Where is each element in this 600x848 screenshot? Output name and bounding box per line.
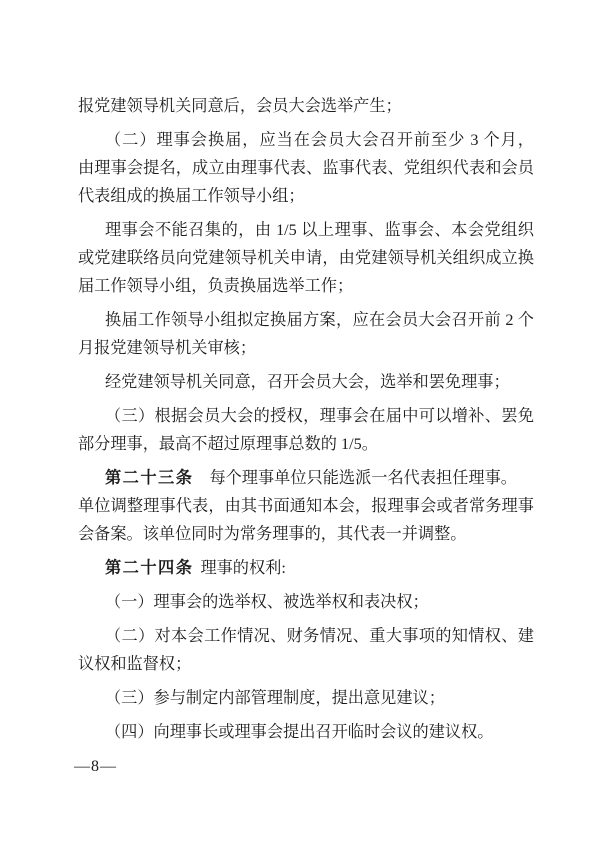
page-number: —8— bbox=[74, 758, 117, 775]
text-line: 单位调整理事代表，由其书面通知本会，报理事会或者常务理事 bbox=[78, 492, 534, 520]
text-line: 报党建领导机关同意后，会员大会选举产生； bbox=[78, 92, 534, 120]
text-line: 理事会不能召集的，由 1/5 以上理事、监事会、本会党组织 bbox=[78, 216, 534, 244]
text-line: 由理事会提名，成立由理事代表、监事代表、党组织代表和会员 bbox=[78, 154, 534, 182]
article-23-heading-line: 第二十三条每个理事单位只能选派一名代表担任理事。 bbox=[78, 464, 534, 492]
text-line: 换届工作领导小组拟定换届方案，应在会员大会召开前 2 个 bbox=[78, 306, 534, 334]
text-line: （二）理事会换届，应当在会员大会召开前至少 3 个月， bbox=[78, 126, 534, 154]
article-23-text: 每个理事单位只能选派一名代表担任理事。 bbox=[209, 469, 517, 487]
text-line: 经党建领导机关同意，召开会员大会，选举和罢免理事； bbox=[78, 368, 534, 396]
document-page: 报党建领导机关同意后，会员大会选举产生； （二）理事会换届，应当在会员大会召开前… bbox=[0, 0, 600, 848]
text-line: （三）参与制定内部管理制度，提出意见建议； bbox=[78, 684, 534, 712]
text-line: （二）对本会工作情况、财务情况、重大事项的知情权、建 bbox=[78, 622, 534, 650]
text-line: （四）向理事长或理事会提出召开临时会议的建议权。 bbox=[78, 718, 534, 746]
text-line: （三）根据会员大会的授权，理事会在届中可以增补、罢免 bbox=[78, 402, 534, 430]
text-line: 会备案。该单位同时为常务理事的，其代表一并调整。 bbox=[78, 520, 534, 548]
article-23-number: 第二十三条 bbox=[105, 469, 193, 487]
text-line: 代表组成的换届工作领导小组； bbox=[78, 182, 534, 210]
text-line: 或党建联络员向党建领导机关申请，由党建领导机关组织成立换 bbox=[78, 244, 534, 272]
text-line: 议权和监督权； bbox=[78, 650, 534, 678]
text-line: （一）理事会的选举权、被选举权和表决权； bbox=[78, 588, 534, 616]
page-footer: —8— bbox=[74, 758, 117, 776]
text-line: 月报党建领导机关审核； bbox=[78, 334, 534, 362]
text-line: 届工作领导小组，负责换届选举工作； bbox=[78, 272, 534, 300]
article-24-number: 第二十四条 bbox=[105, 559, 193, 577]
article-24-heading-line: 第二十四条理事的权利: bbox=[78, 554, 534, 582]
article-24-text: 理事的权利: bbox=[200, 559, 285, 577]
document-body: 报党建领导机关同意后，会员大会选举产生； （二）理事会换届，应当在会员大会召开前… bbox=[78, 92, 534, 746]
text-line: 部分理事，最高不超过原理事总数的 1/5。 bbox=[78, 430, 534, 458]
